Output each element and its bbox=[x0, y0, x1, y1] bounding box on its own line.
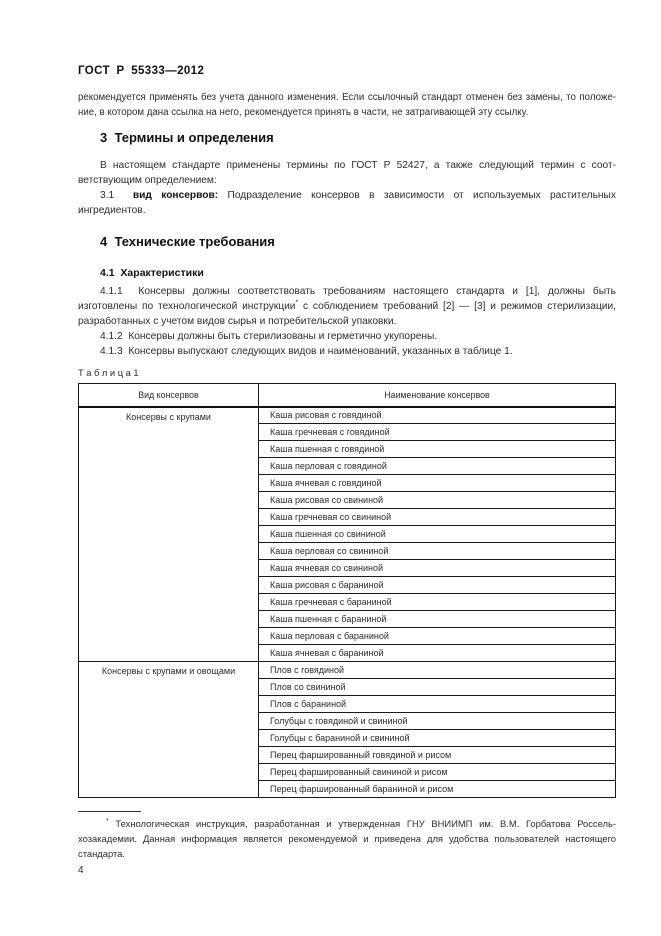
section-3-paragraph: В настоящем стандарте применены термины … bbox=[78, 158, 616, 188]
canned-food-table: Вид консервов Наименование консервов Кон… bbox=[78, 383, 616, 798]
table-row: Консервы с крупами и овощамиПлов с говяд… bbox=[79, 662, 616, 679]
footnote-marker-asterisk: * bbox=[106, 818, 109, 825]
cell-product-name: Каша пшенная с бараниной bbox=[259, 611, 616, 628]
table-body: Консервы с крупамиКаша рисовая с говядин… bbox=[79, 407, 616, 798]
doc-code-header: ГОСТ Р 55333—2012 bbox=[78, 65, 616, 77]
cell-product-name: Каша ячневая с говядиной bbox=[259, 475, 616, 492]
cell-product-name: Голубцы с говядиной и свининой bbox=[259, 713, 616, 730]
cell-product-name: Голубцы с бараниной и свининой bbox=[259, 730, 616, 747]
cell-product-name: Каша рисовая с говядиной bbox=[259, 407, 616, 424]
page-number: 4 bbox=[78, 865, 616, 876]
term-number: 3.1 bbox=[100, 190, 114, 201]
cell-product-name: Каша перловая со свининой bbox=[259, 543, 616, 560]
section-4-heading: 4 Технические требования bbox=[100, 234, 616, 250]
cell-product-name: Каша гречневая со свининой bbox=[259, 509, 616, 526]
cell-product-name: Каша рисовая с бараниной bbox=[259, 577, 616, 594]
paragraph-4-1-1: 4.1.1 Консервы должны соответствовать тр… bbox=[78, 284, 616, 329]
cell-group-type: Консервы с крупами bbox=[79, 407, 259, 662]
cell-product-name: Каша пшенная с говядиной bbox=[259, 441, 616, 458]
cell-product-name: Перец фаршированный свининой и рисом bbox=[259, 764, 616, 781]
footnote: * Технологическая инструкция, разработан… bbox=[78, 816, 616, 861]
footnote-text: Технологическая инструкция, разработанна… bbox=[78, 818, 616, 859]
cell-product-name: Плов с бараниной bbox=[259, 696, 616, 713]
cell-product-name: Каша гречневая с бараниной bbox=[259, 594, 616, 611]
cell-product-name: Каша рисовая со свининой bbox=[259, 492, 616, 509]
table-caption: Т а б л и ц а 1 bbox=[78, 368, 616, 378]
section-3-heading: 3 Термины и определения bbox=[100, 130, 616, 146]
cell-product-name: Перец фаршированный бараниной и рисом bbox=[259, 781, 616, 798]
cell-product-name: Каша ячневая с бараниной bbox=[259, 645, 616, 662]
column-header-name: Наименование консервов bbox=[259, 384, 616, 407]
term-definition: 3.1 вид консервов: Подразделение консерв… bbox=[78, 188, 616, 218]
footnote-divider bbox=[78, 811, 141, 812]
cell-product-name: Каша перловая с говядиной bbox=[259, 458, 616, 475]
paragraph-4-1-2: 4.1.2 Консервы должны быть стерилизованы… bbox=[78, 329, 616, 344]
cell-group-type: Консервы с крупами и овощами bbox=[79, 662, 259, 798]
subsection-4-1-heading: 4.1 Характеристики bbox=[100, 267, 616, 280]
cell-product-name: Каша пшенная со свининой bbox=[259, 526, 616, 543]
cell-product-name: Перец фаршированный говядиной и рисом bbox=[259, 747, 616, 764]
cell-product-name: Каша гречневая с говядиной bbox=[259, 424, 616, 441]
table-row: Консервы с крупамиКаша рисовая с говядин… bbox=[79, 407, 616, 424]
table-header-row: Вид консервов Наименование консервов bbox=[79, 384, 616, 407]
page-content: ГОСТ Р 55333—2012 рекомендуется применят… bbox=[78, 0, 616, 876]
cell-product-name: Каша ячневая со свининой bbox=[259, 560, 616, 577]
intro-paragraph: рекомендуется применять без учета данног… bbox=[78, 90, 616, 120]
term-name: вид консервов: bbox=[133, 190, 218, 201]
cell-product-name: Плов с говядиной bbox=[259, 662, 616, 679]
column-header-type: Вид консервов bbox=[79, 384, 259, 407]
cell-product-name: Плов со свининой bbox=[259, 679, 616, 696]
cell-product-name: Каша перловая с бараниной bbox=[259, 628, 616, 645]
document-page: ГОСТ Р 55333—2012 рекомендуется применят… bbox=[0, 0, 661, 936]
paragraph-4-1-3: 4.1.3 Консервы выпускают следующих видов… bbox=[78, 344, 616, 359]
